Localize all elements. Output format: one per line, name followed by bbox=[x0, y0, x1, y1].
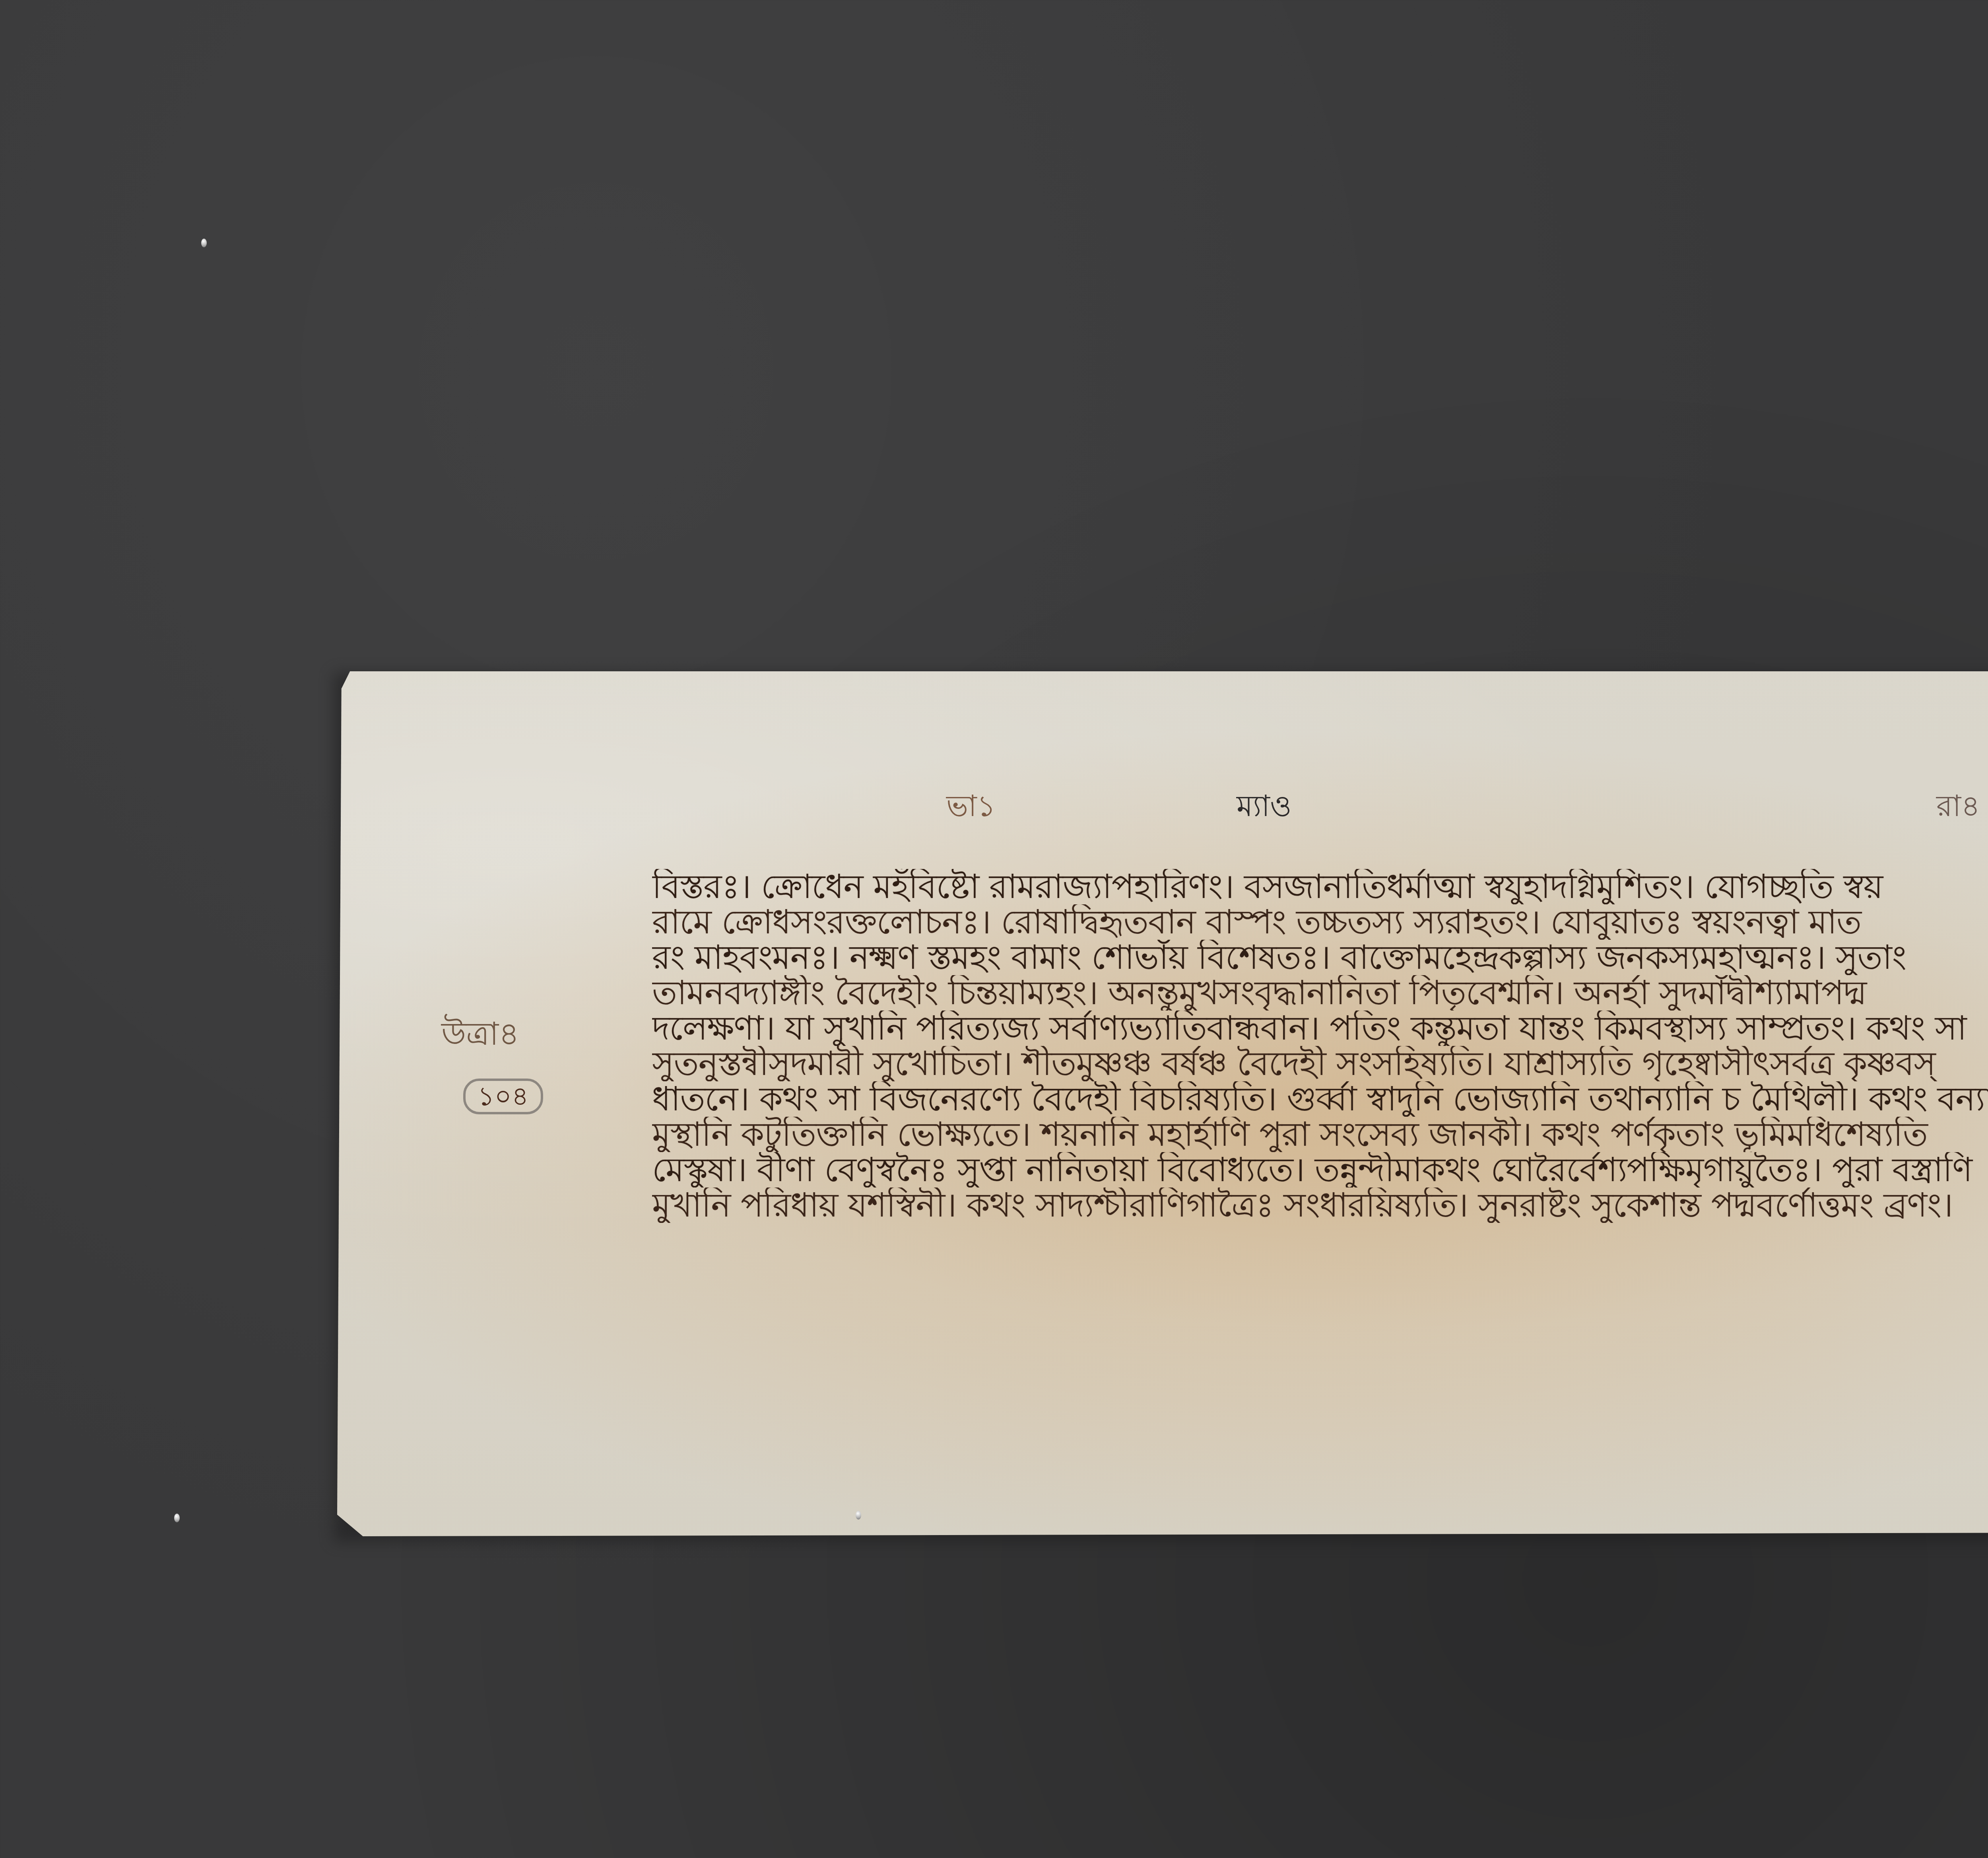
text-line: দলেক্ষণা। যা সুখানি পরিত্যজ্য সর্বাণ্যভ্… bbox=[652, 1011, 1988, 1046]
header-mark-right: রা৪ bbox=[1936, 791, 1980, 821]
mounting-pin-icon bbox=[174, 1514, 180, 1522]
text-line: বিস্তরঃ। ক্রোধেন মহঁবিষ্টো রামরাজ্যাপহার… bbox=[652, 869, 1988, 904]
text-line: ধাতনে। কথং সা বিজনেরণ্যে বৈদেহী বিচরিষ্য… bbox=[652, 1081, 1988, 1117]
text-line: মুস্থানি কটুতিক্তানি ভোক্ষ্যতে। শয়নানি … bbox=[652, 1117, 1988, 1152]
text-line: তামনবদ্যাঙ্গীং বৈদেহীং চিন্তয়াম্যহং। অন… bbox=[652, 975, 1988, 1011]
manuscript-text: বিস্তরঃ। ক্রোধেন মহঁবিষ্টো রামরাজ্যাপহার… bbox=[652, 869, 1988, 1223]
mounting-pin-icon bbox=[201, 239, 207, 247]
text-line: সুতনুস্তন্বীসুদমারী সুখোচিতা। শীতমুষ্ণঞ্… bbox=[652, 1046, 1988, 1081]
header-mark-center: ম্যাও bbox=[1237, 791, 1291, 821]
folio-number: ১০৪ bbox=[463, 1079, 543, 1114]
header-mark-left: ভা১ bbox=[946, 791, 996, 821]
text-line: রং মাহবংমনঃ। নক্ষ্মণ স্তমহং বামাং শোভাঁয… bbox=[652, 940, 1988, 975]
text-line: মেস্কুষা। বীণা বেণুস্বনৈঃ সুপ্তা নানিতায… bbox=[652, 1152, 1988, 1187]
margin-label: উত্রা৪ bbox=[441, 1018, 519, 1050]
mounting-pin-icon bbox=[856, 1511, 861, 1520]
text-line: মুখানি পরিধায় যশস্বিনী। কথং সাদ্যশ্চীরা… bbox=[652, 1187, 1988, 1223]
text-line: রামে ক্রোধসংরক্তলোচনঃ। রোষাদ্বিহৃতবান বা… bbox=[652, 904, 1988, 940]
